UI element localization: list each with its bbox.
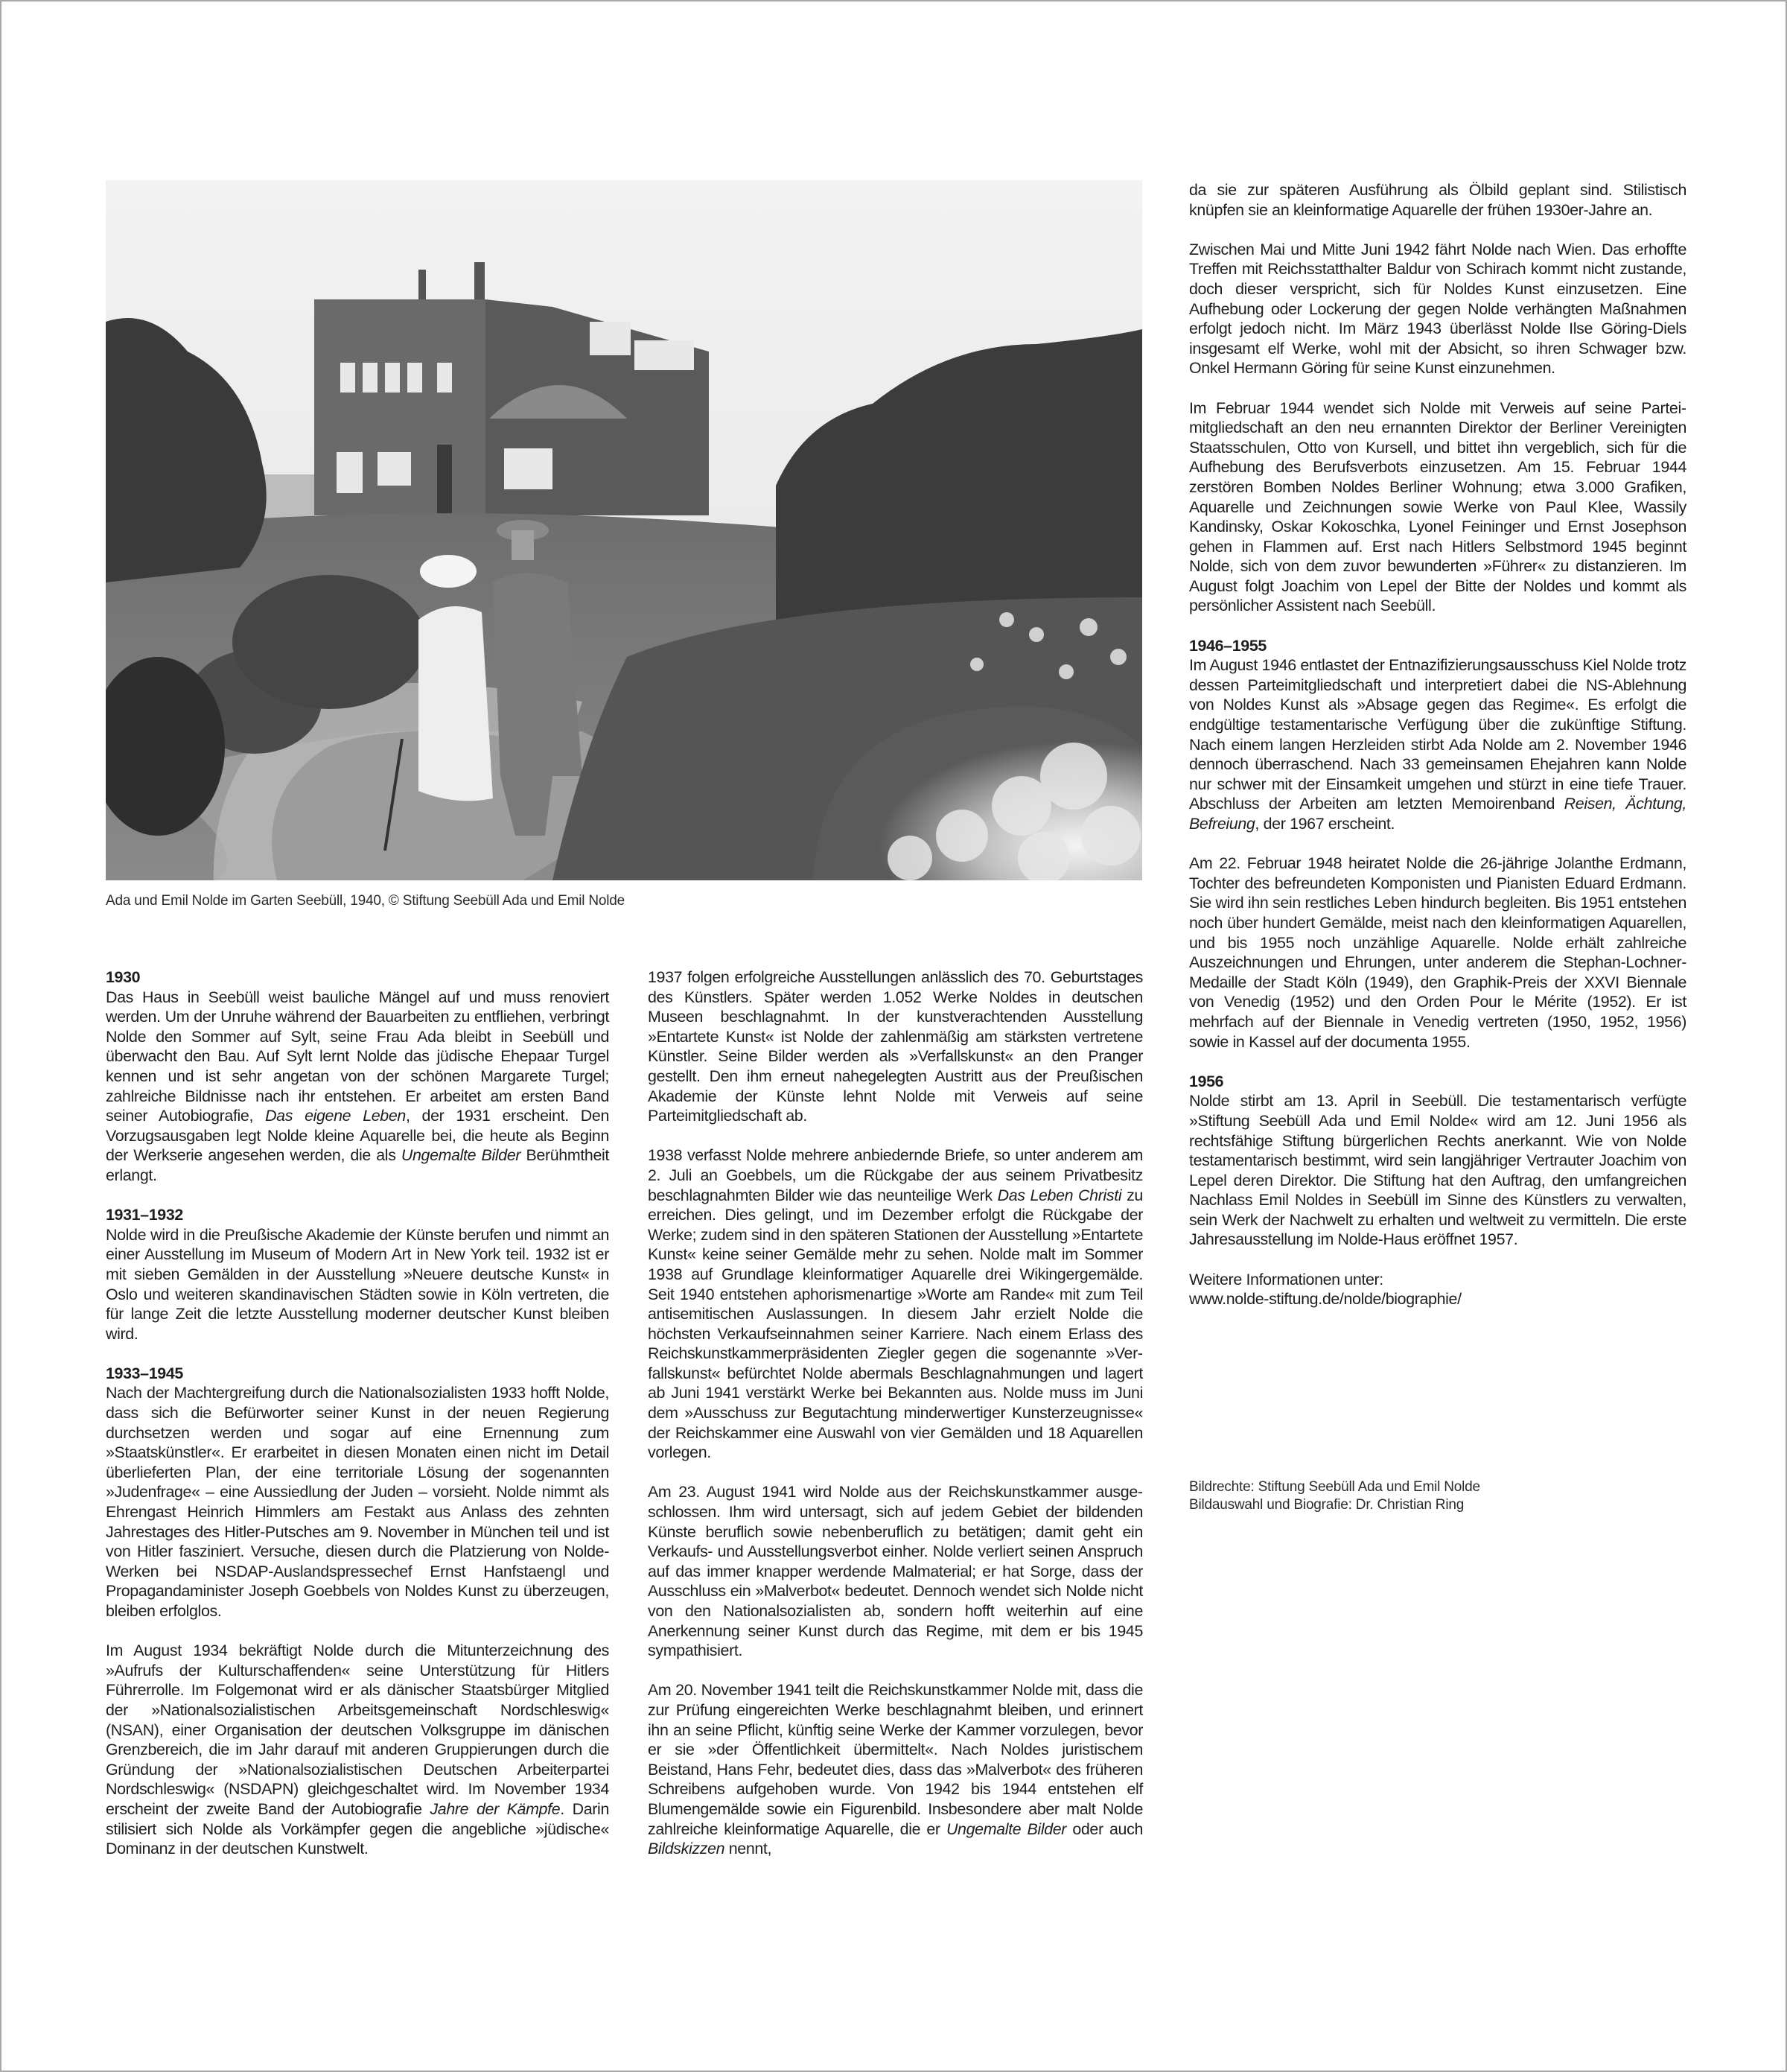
photo-ada-emil-nolde-garden xyxy=(106,180,1142,880)
more-info-label: Weitere Informationen unter: xyxy=(1189,1271,1383,1288)
section-heading-1930: 1930 xyxy=(106,967,609,988)
section-heading-1946-1955: 1946–1955 xyxy=(1189,636,1686,656)
section-heading-1933-1945: 1933–1945 xyxy=(106,1364,609,1384)
book-title-das-eigene-leben: Das eigene Leben xyxy=(265,1107,406,1125)
book-title-jahre-der-kaempfe: Jahre der Kämpfe xyxy=(430,1800,560,1818)
paragraph-1948: Am 22. Februar 1948 heiratet Nolde die 2… xyxy=(1189,854,1686,1052)
column-middle: 1937 folgen erfolgreiche Ausstellungen a… xyxy=(648,967,1143,1878)
series-title-ungemalte-bilder: Ungemalte Bilder xyxy=(401,1146,520,1164)
paragraph-august-1941: Am 23. August 1941 wird Nolde aus der Re… xyxy=(648,1482,1143,1660)
selection-and-biography-credit: Bildauswahl und Biografie: Dr. Christian… xyxy=(1189,1496,1686,1514)
column-right: da sie zur späteren Ausführung als Ölbil… xyxy=(1189,180,1686,1329)
section-1931-1932: 1931–1932 Nolde wird in die Preußische A… xyxy=(106,1205,609,1344)
paragraph-1942: Zwischen Mai und Mitte Juni 1942 fährt N… xyxy=(1189,240,1686,378)
photo-caption: Ada und Emil Nolde im Garten Seebüll, 19… xyxy=(106,892,1141,910)
more-info-link[interactable]: www.nolde-stiftung.de/nolde/biographie/ xyxy=(1189,1290,1462,1308)
paragraph-continued: da sie zur späteren Ausführung als Ölbil… xyxy=(1189,180,1686,220)
paragraph-1934: Im August 1934 bekräftigt Nolde durch di… xyxy=(106,1641,609,1859)
series-title-ungemalte-bilder-2: Ungemalte Bilder xyxy=(946,1820,1066,1838)
section-1946-1955: 1946–1955 Im August 1946 entlastet der E… xyxy=(1189,636,1686,834)
more-info: Weitere Informationen unter: www.nolde-s… xyxy=(1189,1270,1686,1309)
column-left: 1930 Das Haus in Seebüll weist bauliche … xyxy=(106,967,609,1878)
image-rights: Bildrechte: Stiftung Seebüll Ada und Emi… xyxy=(1189,1478,1686,1496)
paragraph-1944: Im Februar 1944 wendet sich Nolde mit Ve… xyxy=(1189,398,1686,617)
section-1956: 1956 Nolde stirbt am 13. April in Seebül… xyxy=(1189,1072,1686,1250)
section-heading-1931-1932: 1931–1932 xyxy=(106,1205,609,1225)
credits: Bildrechte: Stiftung Seebüll Ada und Emi… xyxy=(1189,1478,1686,1514)
paragraph-1938: 1938 verfasst Nolde mehrere anbiedernde … xyxy=(648,1145,1143,1463)
section-1930: 1930 Das Haus in Seebüll weist bauliche … xyxy=(106,967,609,1186)
work-title-das-leben-christi: Das Leben Christi xyxy=(998,1186,1122,1204)
section-heading-1956: 1956 xyxy=(1189,1072,1686,1092)
paragraph-1937: 1937 folgen erfolgreiche Ausstellungen a… xyxy=(648,967,1143,1126)
page: Ada und Emil Nolde im Garten Seebüll, 19… xyxy=(0,0,1787,2072)
section-1933-1945: 1933–1945 Nach der Machtergreifung durch… xyxy=(106,1364,609,1621)
series-title-bildskizzen: Bildskizzen xyxy=(648,1840,724,1858)
garden-photo-illustration xyxy=(106,180,1142,880)
paragraph-november-1941: Am 20. November 1941 teilt die Reichskun… xyxy=(648,1680,1143,1858)
